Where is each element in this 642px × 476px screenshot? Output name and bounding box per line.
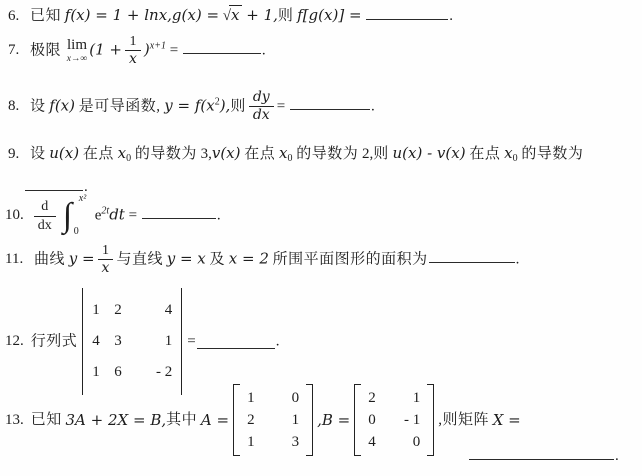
equals-sign: = [187,333,195,349]
question-text: 其中 [166,412,197,428]
matrix-cell: 2 [247,409,267,431]
period: . [276,333,280,349]
fraction-denominator: dx [249,107,274,123]
math-expression: v(x) [212,144,241,162]
answer-blank [290,96,370,110]
matrix-row: 10 [247,387,299,409]
math-expression: f[g(x)] = [297,6,361,24]
determinant-cell: 3 [114,326,138,357]
question-number: 6. [8,6,19,26]
matrix-row: 13 [247,431,299,453]
question-number: 10. [5,205,24,225]
matrix-cell: - 1 [388,409,420,431]
answer-blank [25,177,83,191]
question-text: 曲线 [34,251,65,267]
period: . [371,98,375,114]
math-expression: 3, [201,146,212,162]
question-6: 6. 已知 f(x) = 1 + lnx,g(x) = √x + 1,则 f[g… [8,5,453,26]
determinant-cell: 1 [92,295,114,326]
matrix-cell: 1 [388,387,420,409]
matrix-row: 40 [368,431,420,453]
math-expression: dt [109,205,125,223]
math-variable: x [504,144,512,162]
question-13-answer-line: . [468,446,619,466]
matrix-a: 10 21 13 [233,384,313,456]
period: . [262,42,266,58]
matrix-cell: 1 [247,387,267,409]
answer-blank [197,335,275,349]
period: . [217,207,221,223]
question-text: 的导数为 [296,146,358,162]
radicand: x [229,5,242,24]
fraction-numerator: 1 [98,243,114,260]
question-text: 在点 [83,146,114,162]
radical-sign: √x [223,5,243,26]
determinant: 124 431 16- 2 [82,288,182,395]
question-text: 已知 [31,412,62,428]
question-number: 13. [5,410,24,430]
question-7: 7. 极限 lim x→∞ (1 + 1 x )x+1 = . [8,34,266,68]
question-text: 则 [278,8,294,24]
question-text: 在点 [469,146,500,162]
matrix-cell: 2 [368,387,388,409]
answer-blank [142,205,216,219]
fraction: dy dx [249,90,274,124]
equals-sign: = [129,207,137,223]
fraction-numerator: 1 [125,34,141,51]
matrix-cell: 4 [368,431,388,453]
question-text: 则 [230,98,246,114]
question-10: 10. d dx ∫ x² 0 e2tdt = . [5,193,221,239]
math-expression: y = [69,249,95,267]
determinant-row: 431 [92,326,172,357]
determinant-cell: 4 [138,295,172,326]
subscript: 0 [513,153,518,164]
question-number: 8. [8,96,19,116]
period: . [615,448,619,464]
question-text: 设 [30,98,46,114]
question-text: 的导数为 [521,146,583,162]
fraction-numerator: dy [249,90,274,107]
matrix-row: 21 [247,409,299,431]
fraction-denominator: dx [34,217,56,233]
question-11: 11. 曲线 y = 1 x 与直线 y = x 及 x = 2 所围平面图形的… [5,243,519,277]
matrix-grid: 21 0- 1 40 [361,384,427,456]
question-8: 8. 设 f(x) 是可导函数, y = f(x2),则 dy dx = . [8,90,375,124]
math-expression: f(x) [49,96,75,114]
math-expression: ,B = [317,411,350,429]
math-expression: (1 + [89,40,122,58]
math-expression: u(x) [49,144,79,162]
fraction-denominator: x [98,260,114,276]
question-text: 及 [210,251,226,267]
determinant-cell: 1 [138,326,172,357]
matrix-cell: 1 [247,431,267,453]
math-expression: ), [220,96,231,114]
matrix-grid: 10 21 13 [240,384,306,456]
question-text: ,则矩阵 [438,412,489,428]
determinant-row: 124 [92,295,172,326]
question-number: 12. [5,331,24,351]
question-text: 是可导函数, [79,98,161,114]
integral-sign: ∫ x² 0 [61,193,95,239]
equals-sign: = [170,42,178,58]
math-expression: y = x [167,249,206,267]
matrix-b: 21 0- 1 40 [354,384,434,456]
determinant-cell: 2 [114,295,138,326]
answer-blank [366,6,448,20]
math-expression: f(x) = 1 + lnx,g(x) = [65,6,219,24]
fraction-denominator: x [125,51,141,67]
integral-glyph: ∫ [63,193,72,239]
question-number: 7. [8,40,19,60]
matrix-bracket-left [233,384,240,456]
matrix-bracket-right [427,384,434,456]
question-text: 所围平面图形的面积为 [273,251,428,267]
matrix-cell: 3 [267,431,299,453]
question-number: 11. [5,249,23,269]
integral-lower-limit: 0 [74,225,79,239]
question-text: 行列式 [31,333,78,349]
question-13: 13.已知 3A + 2X = B,其中 A = 10 21 13 ,B = 2… [5,384,521,456]
matrix-bracket-right [306,384,313,456]
limit-subscript: x→∞ [67,54,88,64]
question-text: 在点 [244,146,275,162]
math-expression: u(x) - v(x) [393,144,466,162]
limit-word: lim [67,38,88,54]
question-text: 的导数为 [135,146,197,162]
math-variable: x [118,144,126,162]
math-expression: 3A + 2X = B, [66,411,167,429]
math-expression: x = 2 [229,249,269,267]
matrix-bracket-left [354,384,361,456]
fraction-numerator: d [34,199,56,216]
answer-blank [183,40,261,54]
answer-blank [469,446,614,460]
math-expression: 2, [362,146,373,162]
limit-operator: lim x→∞ [67,38,88,64]
fraction: 1 x [98,243,114,277]
integral-upper-limit: x² [79,192,86,206]
question-text: 与直线 [116,251,163,267]
math-expression: y = f(x [164,96,214,114]
math-expression: A = [201,411,229,429]
matrix-cell: 0 [267,387,299,409]
matrix-row: 0- 1 [368,409,420,431]
subscript: 0 [126,153,131,164]
matrix-cell: 0 [388,431,420,453]
determinant-cell: 4 [92,326,114,357]
subscript: 0 [287,153,292,164]
period: . [449,8,453,24]
matrix-row: 21 [368,387,420,409]
question-12: 12.行列式 124 431 16- 2 =. [5,288,279,395]
exam-page: { "page": { "background": "#fefefe", "in… [0,0,642,476]
math-expression: X = [493,411,521,429]
matrix-cell: 1 [267,409,299,431]
equals-sign: = [277,98,285,114]
question-text: 则 [373,146,389,162]
period: . [516,251,520,267]
fraction: 1 x [125,34,141,68]
superscript: x+1 [150,40,166,51]
question-text: 设 [30,146,46,162]
question-number: 9. [8,144,19,164]
matrix-cell: 0 [368,409,388,431]
fraction: d dx [34,199,56,233]
question-text: 极限 [30,42,61,58]
answer-blank [429,249,515,263]
question-9: 9. 设 u(x) 在点 x0 的导数为 3,v(x) 在点 x0 的导数为 2… [8,143,583,166]
question-text: 已知 [30,8,61,24]
math-expression: + 1, [246,6,278,24]
